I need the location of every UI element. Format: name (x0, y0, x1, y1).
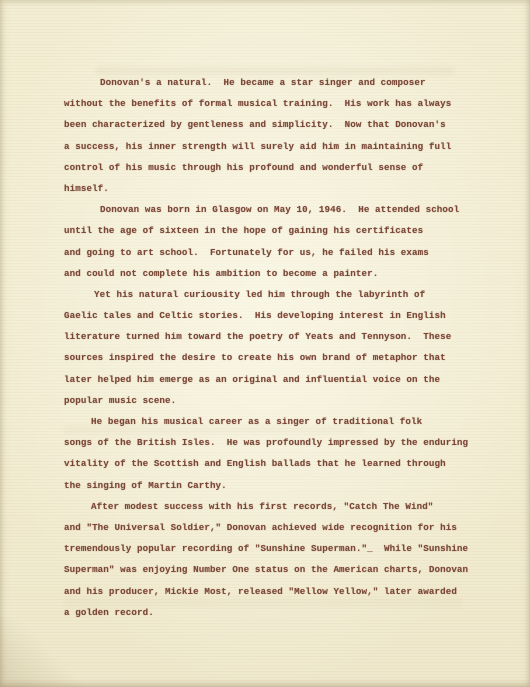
text-line: a golden record. (64, 602, 494, 623)
text-line: Superman" was enjoying Number One status… (64, 559, 494, 580)
text-line: and his producer, Mickie Most, released … (64, 581, 494, 602)
paper-corner-shadow (0, 617, 90, 687)
text-line: the singing of Martin Carthy. (64, 475, 494, 496)
text-line: until the age of sixteen in the hope of … (64, 220, 494, 241)
text-line: and could not complete his ambition to b… (64, 263, 494, 284)
text-line: songs of the British Isles. He was profo… (64, 432, 494, 453)
text-line: and "The Universal Soldier," Donovan ach… (64, 517, 494, 538)
text-line: a success, his inner strength will surel… (64, 136, 494, 157)
text-line: control of his music through his profoun… (64, 157, 494, 178)
text-line: literature turned him toward the poetry … (64, 326, 494, 347)
typewritten-page: Donovan's a natural. He became a star si… (0, 0, 530, 687)
text-line: He began his musical career as a singer … (64, 411, 494, 432)
paragraph: Donovan was born in Glasgow on May 10, 1… (64, 199, 494, 284)
text-line: popular music scene. (64, 390, 494, 411)
text-line: Donovan's a natural. He became a star si… (64, 72, 494, 93)
paragraph: Yet his natural curiousity led him throu… (64, 284, 494, 411)
text-line: Gaelic tales and Celtic stories. His dev… (64, 305, 494, 326)
text-line: without the benefits of formal musical t… (64, 93, 494, 114)
text-line: himself. (64, 178, 494, 199)
document-text: Donovan's a natural. He became a star si… (64, 72, 494, 623)
text-line: later helped him emerge as an original a… (64, 369, 494, 390)
paragraph: After modest success with his first reco… (64, 496, 494, 623)
text-line: tremendously popular recording of "Sunsh… (64, 538, 494, 559)
text-line: Donovan was born in Glasgow on May 10, 1… (64, 199, 494, 220)
text-line: vitality of the Scottish and English bal… (64, 453, 494, 474)
text-line: sources inspired the desire to create hi… (64, 347, 494, 368)
paragraph: He began his musical career as a singer … (64, 411, 494, 496)
text-line: and going to art school. Fortunately for… (64, 242, 494, 263)
text-line: Yet his natural curiousity led him throu… (64, 284, 494, 305)
paragraph: Donovan's a natural. He became a star si… (64, 72, 494, 199)
text-line: After modest success with his first reco… (64, 496, 494, 517)
text-line: been characterized by gentleness and sim… (64, 114, 494, 135)
